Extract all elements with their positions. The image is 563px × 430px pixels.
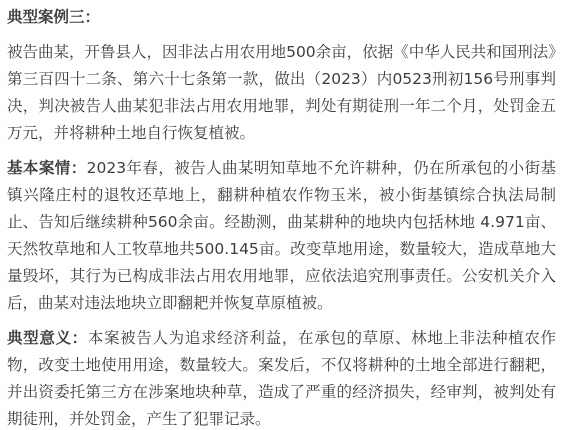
paragraph-basic-facts-label: 基本案情： xyxy=(7,159,87,177)
document-page: 典型案例三： 被告曲某，开鲁县人，因非法占用农用地500余亩，依据《中华人民共和… xyxy=(0,0,563,430)
paragraph-typical-significance-text: 本案被告人为追求经济利益，在承包的草原、林地上非法种植农作物，改变土地使用用途，… xyxy=(7,329,556,428)
paragraph-typical-significance-label: 典型意义： xyxy=(7,329,88,347)
paragraph-verdict-text: 被告曲某，开鲁县人，因非法占用农用地500余亩，依据《中华人民共和国刑法》第三百… xyxy=(7,43,556,142)
paragraph-typical-significance: 典型意义：本案被告人为追求经济利益，在承包的草原、林地上非法种植农作物，改变土地… xyxy=(7,325,556,430)
paragraph-verdict: 被告曲某，开鲁县人，因非法占用农用地500余亩，依据《中华人民共和国刑法》第三百… xyxy=(7,39,556,147)
paragraph-basic-facts-text: 2023年春，被告人曲某明知草地不允许耕种，仍在所承包的小街基镇兴隆庄村的退牧还… xyxy=(7,159,556,312)
document-heading-text: 典型案例三： xyxy=(7,8,100,26)
document-heading: 典型案例三： xyxy=(7,4,556,31)
paragraph-basic-facts: 基本案情：2023年春，被告人曲某明知草地不允许耕种，仍在所承包的小街基镇兴隆庄… xyxy=(7,155,556,317)
